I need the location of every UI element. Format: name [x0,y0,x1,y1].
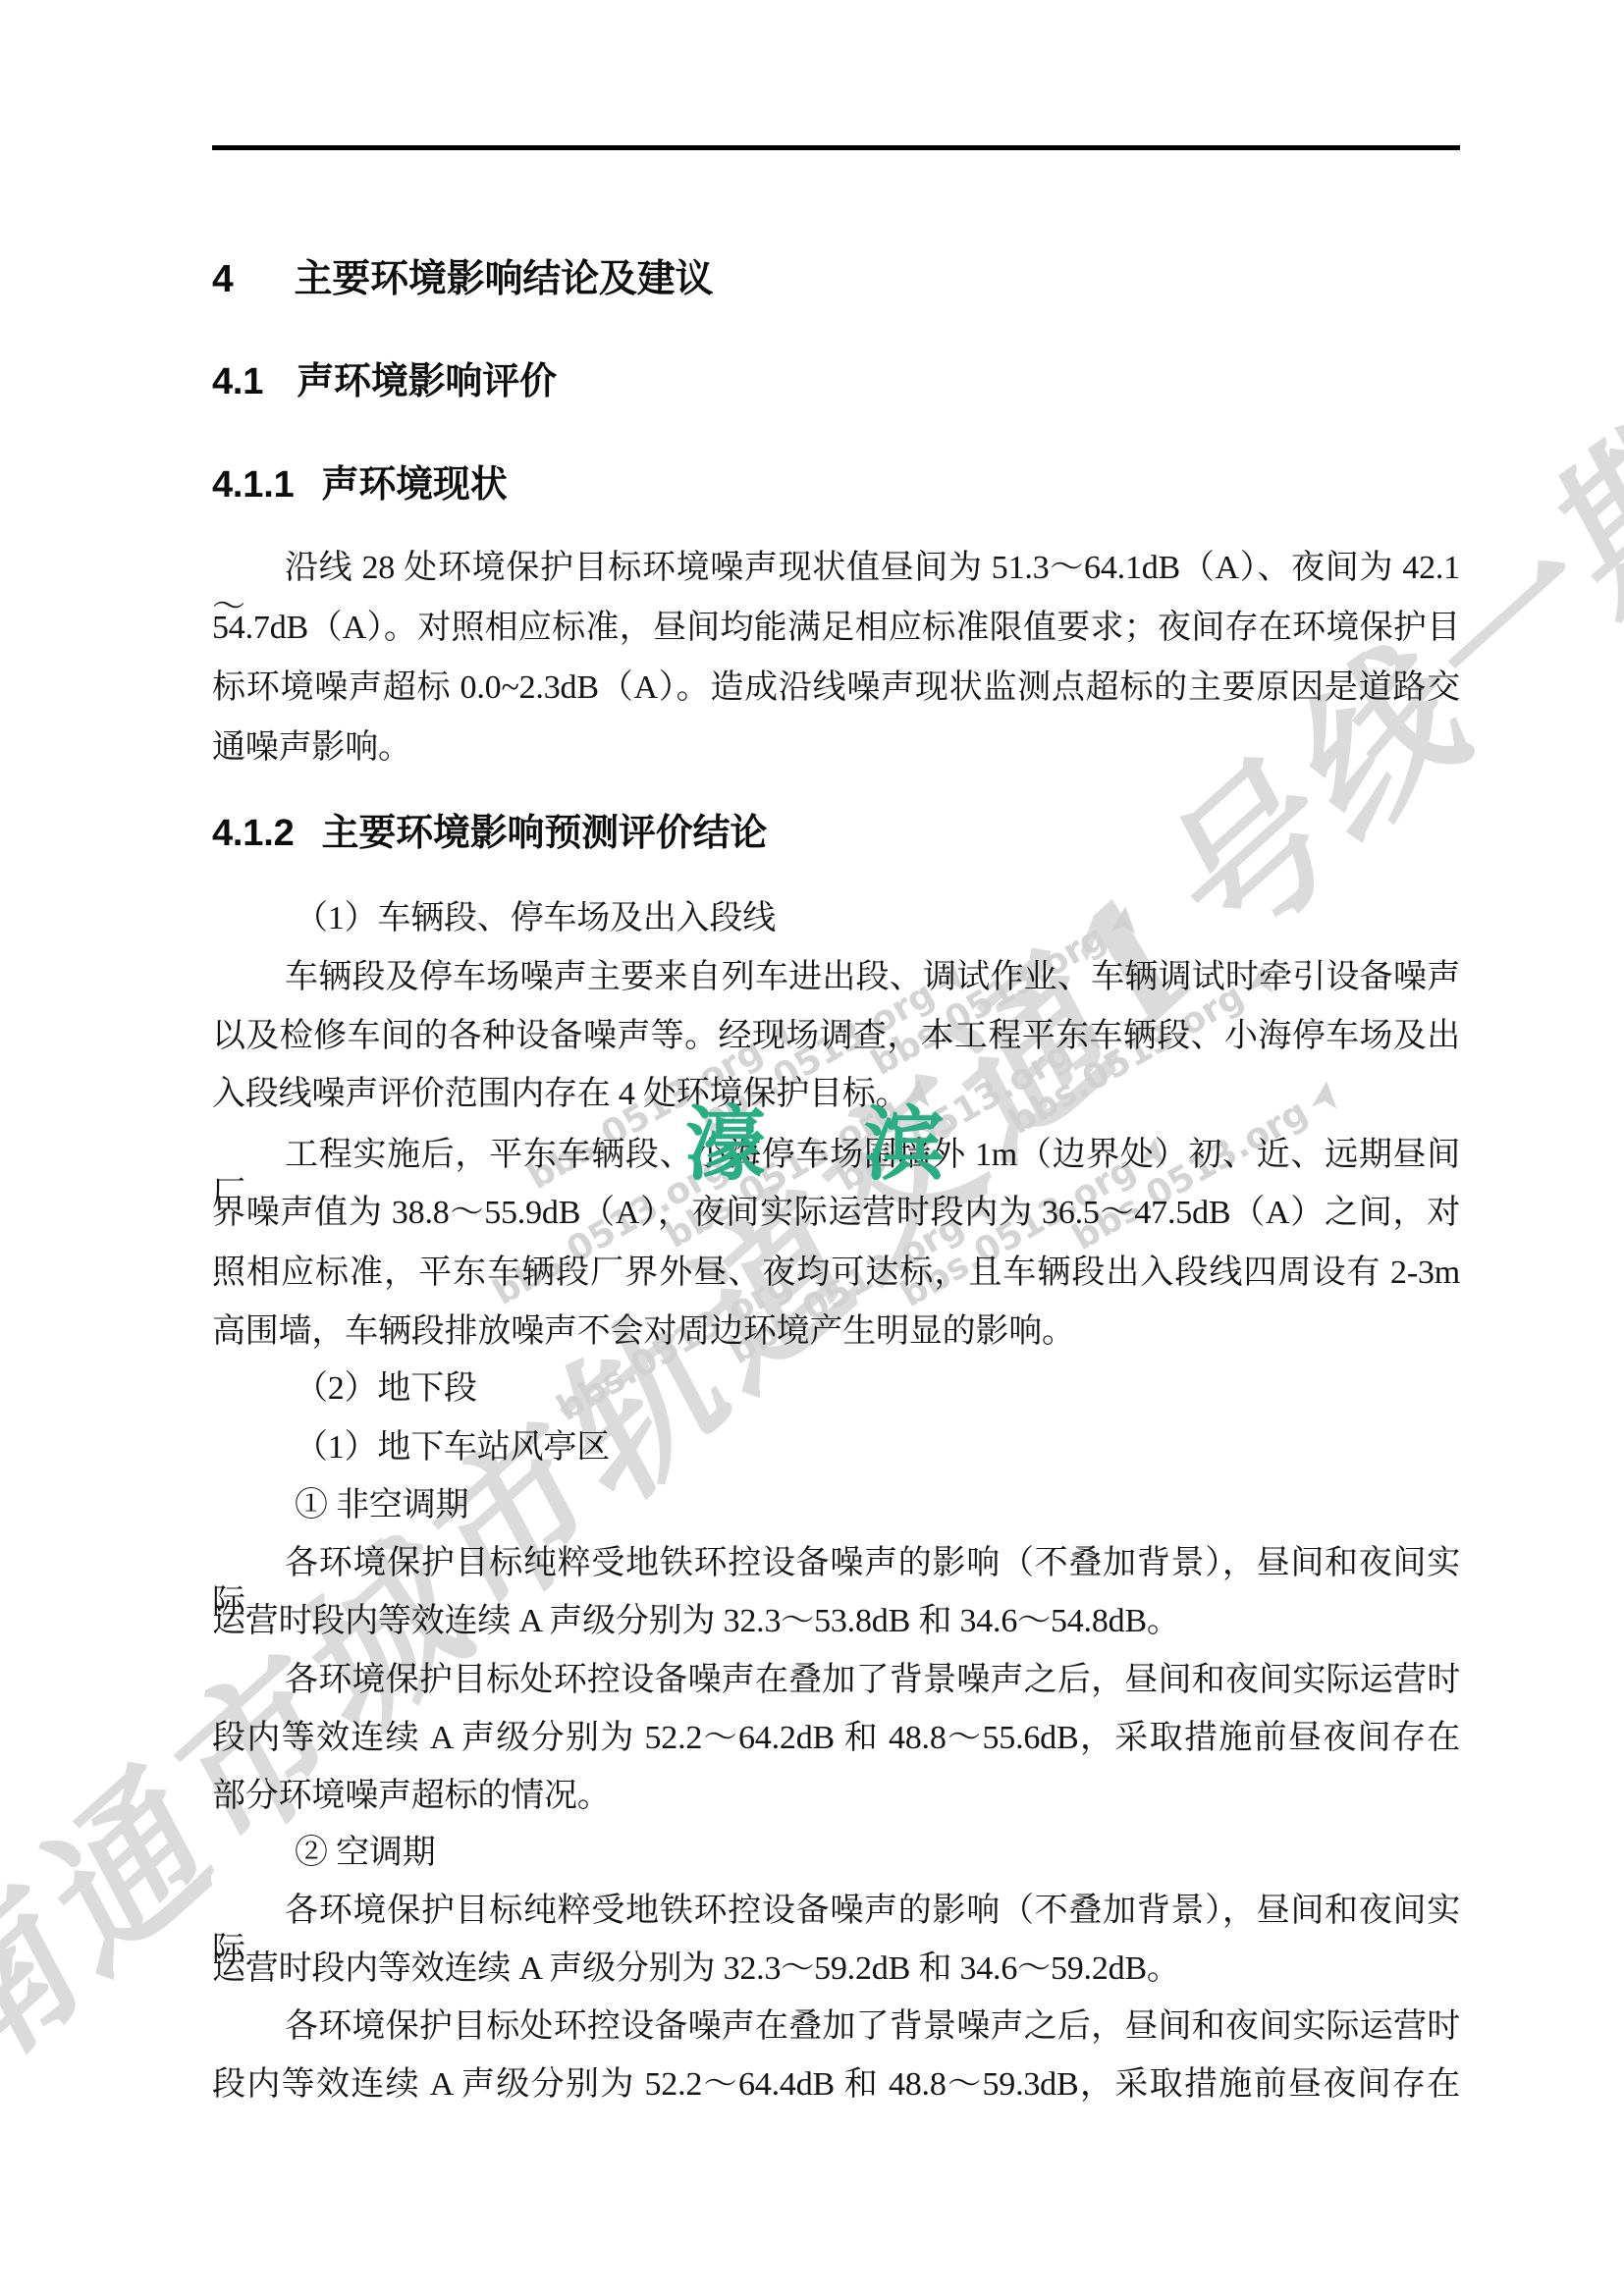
paragraph-last-line: 高围墙，车辆段排放噪声不会对周边环境产生明显的影响。 [212,1312,1460,1352]
list-item-line: （2）地下段 [212,1369,1460,1409]
paragraph-line: 段内等效连续 A 声级分别为 52.2～64.4dB 和 48.8～59.3dB… [212,2065,1460,2105]
heading-title: 声环境影响评价 [297,361,557,402]
heading-number: 4.1 [212,360,263,404]
scanned-document-page: 南通市城市轨道交通1号线一期工程 bbs.0513.org➤bbs.0513.o… [0,0,1624,2296]
list-item-line: ② 空调期 [212,1834,1460,1873]
heading-title: 主要环境影响结论及建议 [295,258,714,300]
watermark-url-text: bbs.0513.org [693,974,942,1141]
paragraph-line: 54.7dB（A）。对照相应标准，昼间均能满足相应标准限值要求；夜间存在环境保护… [212,609,1460,648]
chapter-heading: 4主要环境影响结论及建议 [212,257,1460,302]
paragraph-last-line: 运营时段内等效连续 A 声级分别为 32.3～59.2dB 和 34.6～59.… [212,1949,1460,1989]
paragraph-line: 照相应标准，平东车辆段厂界外昼、夜均可达标，且车辆段出入段线四周设有 2-3m [212,1254,1460,1293]
paragraph-line: 段内等效连续 A 声级分别为 52.2～64.2dB 和 48.8～55.6dB… [212,1719,1460,1758]
section-heading: 4.1声环境影响评价 [212,360,1460,404]
paragraph-first-line: 各环境保护目标处环控设备噪声在叠加了背景噪声之后，昼间和夜间实际运营时 [212,2007,1460,2047]
heading-title: 声环境现状 [322,464,508,506]
list-item-line: ① 非空调期 [212,1486,1460,1525]
paragraph-line: 界噪声值为 38.8～55.9dB（A），夜间实际运营时段内为 36.5～47.… [212,1194,1460,1233]
watermark-url-text: bbs.0513.org [1002,976,1251,1143]
heading-number: 4 [212,257,234,302]
paragraph-last-line: 通噪声影响。 [212,728,1460,768]
paragraph-first-line: 各环境保护目标处环控设备噪声在叠加了背景噪声之后，昼间和夜间实际运营时 [212,1661,1460,1700]
list-item-line: （1）地下车站风亭区 [212,1428,1460,1468]
heading-number: 4.1.2 [212,812,295,856]
header-rule [212,145,1460,150]
watermark-url-text: bbs.0513.org [865,917,1113,1084]
paragraph-first-line: 车辆段及停车场噪声主要来自列车进出段、调试作业、车辆调试时牵引设备噪声 [212,958,1460,997]
list-item-line: （1）车辆段、停车场及出入段线 [212,899,1460,938]
paragraph-last-line: 入段线噪声评价范围内存在 4 处环境保护目标。 [212,1075,1460,1114]
paragraph-last-line: 部分环境噪声超标的情况。 [212,1777,1460,1816]
heading-title: 主要环境影响预测评价结论 [322,813,768,854]
paragraph-line: 标环境噪声超标 0.0~2.3dB（A）。造成沿线噪声现状监测点超标的主要原因是… [212,668,1460,708]
paragraph-line: 以及检修车间的各种设备噪声等。经现场调查，本工程平东车辆段、小海停车场及出 [212,1017,1460,1056]
paragraph-last-line: 运营时段内等效连续 A 声级分别为 32.3～53.8dB 和 34.6～54.… [212,1602,1460,1641]
heading-number: 4.1.1 [212,463,295,507]
subsection-heading: 4.1.2主要环境影响预测评价结论 [212,812,1460,856]
subsection-heading: 4.1.1声环境现状 [212,463,1460,507]
